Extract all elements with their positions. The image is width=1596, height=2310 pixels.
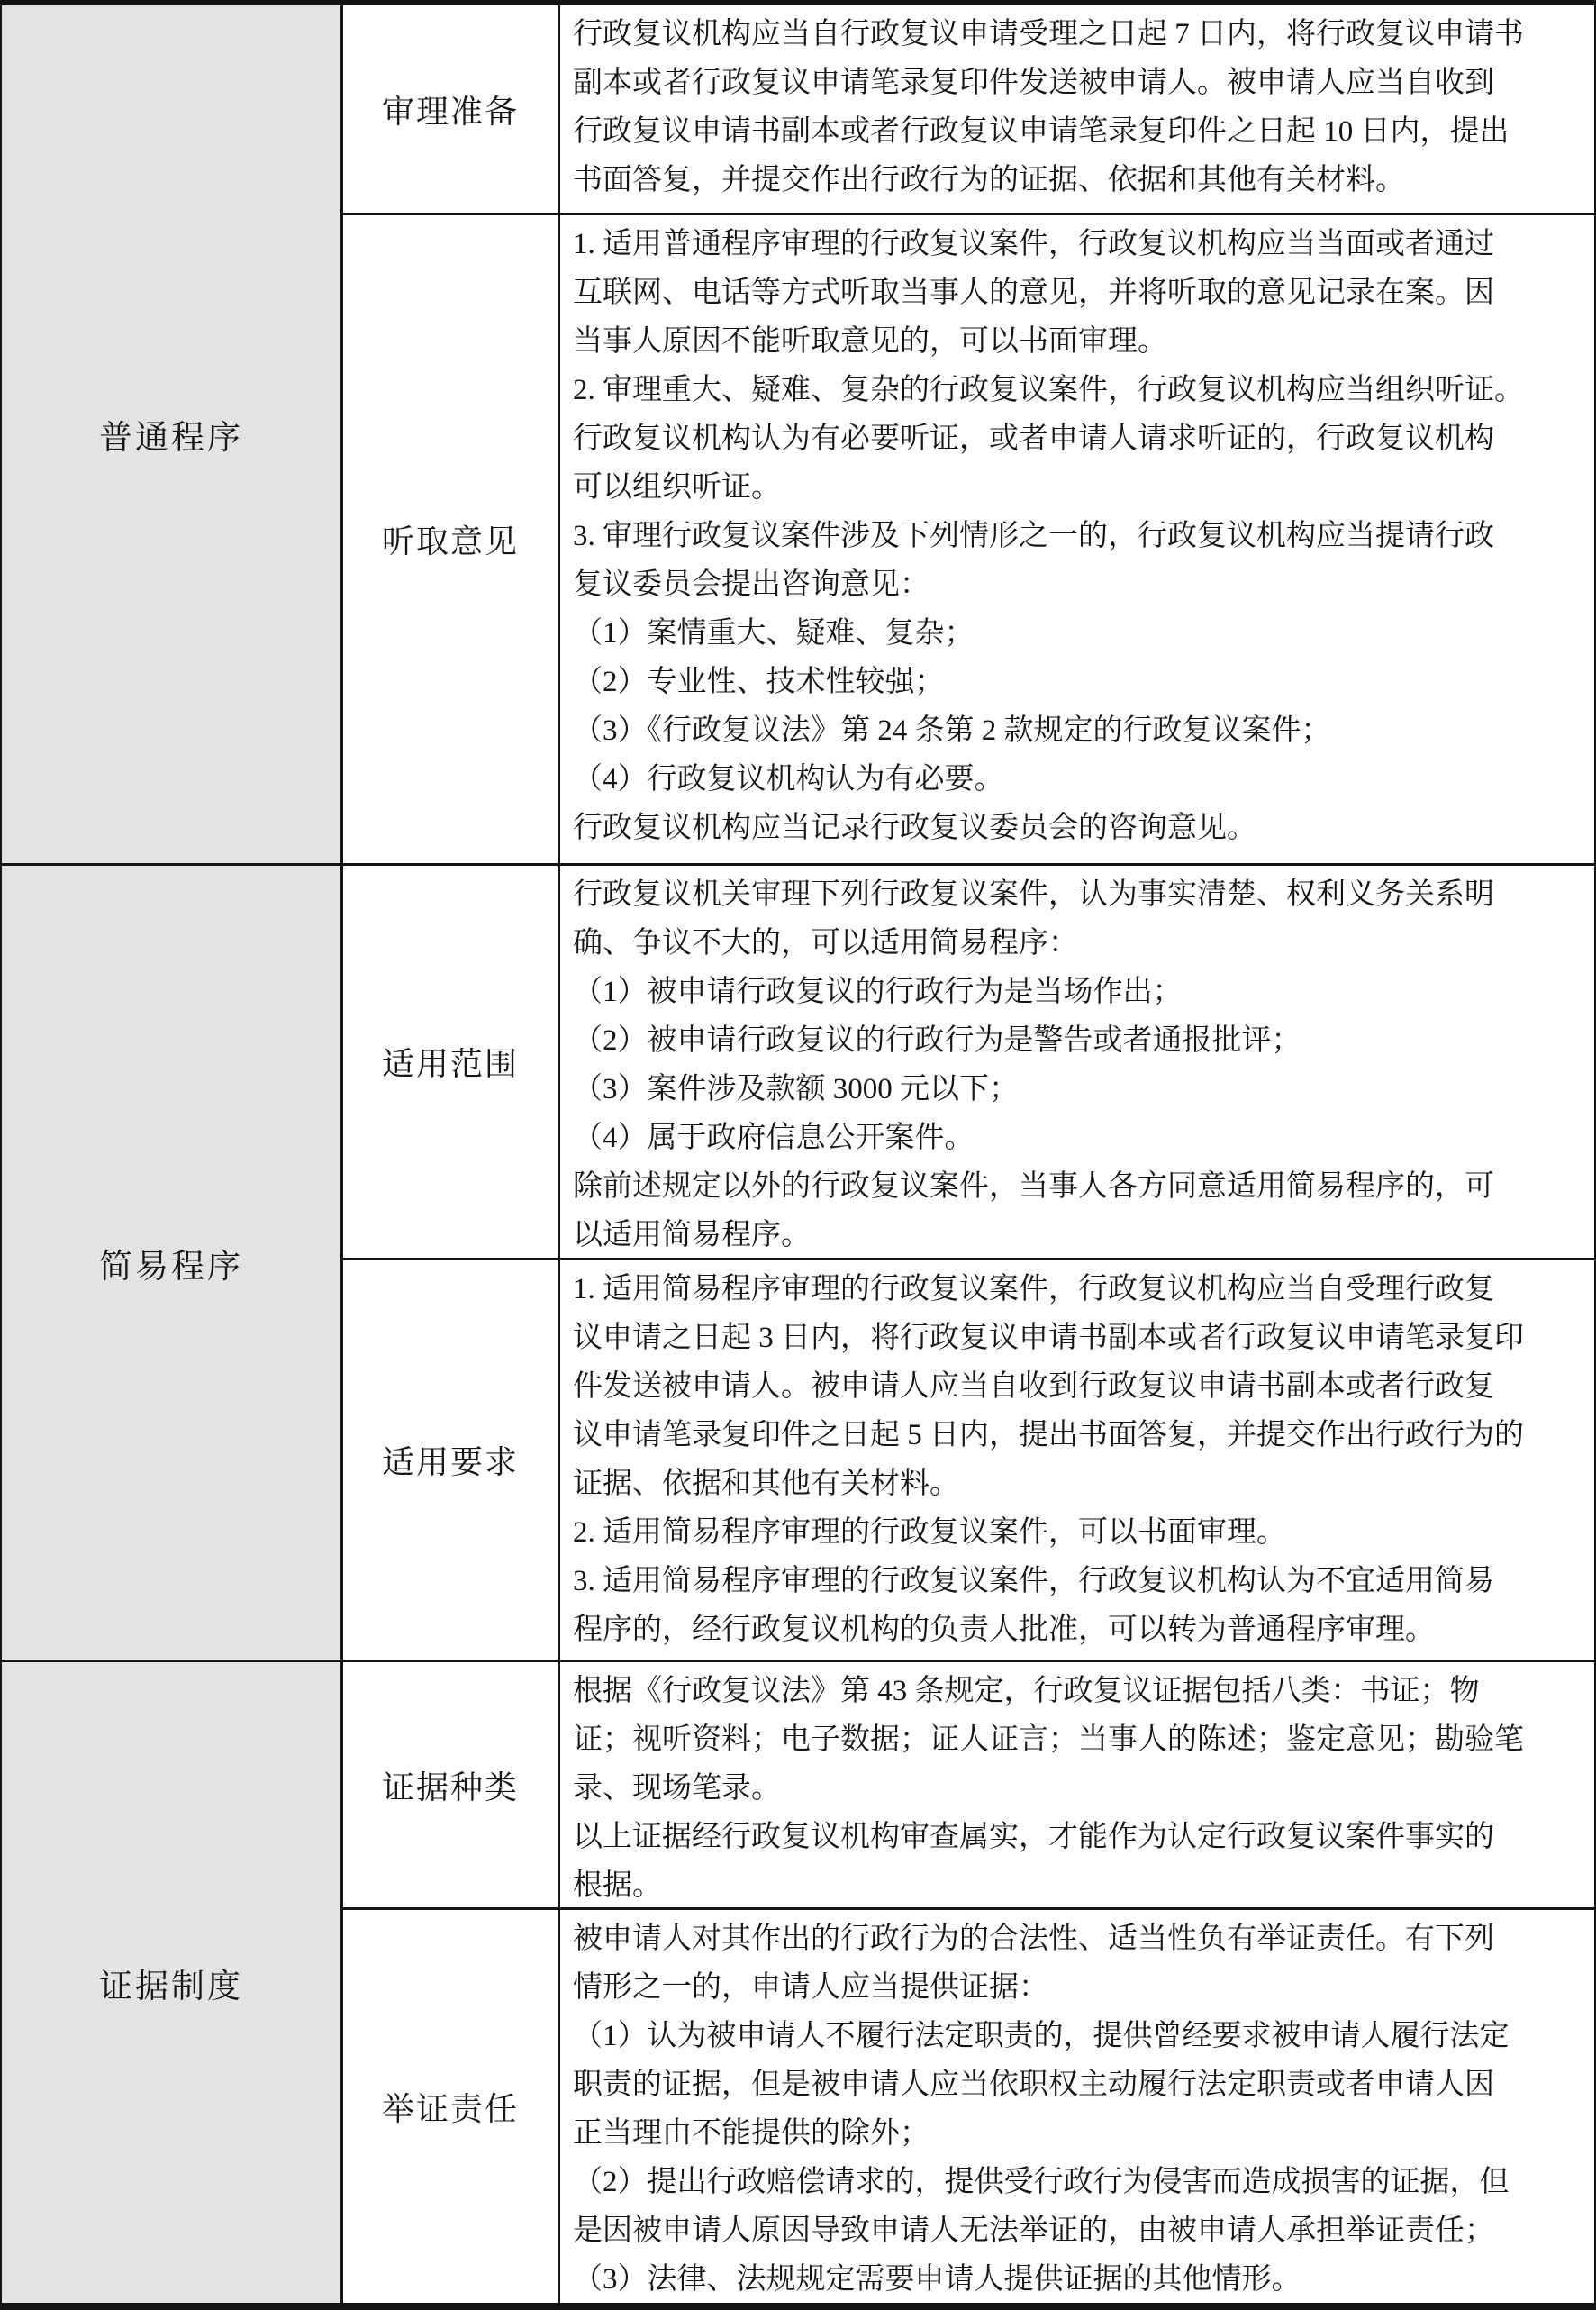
content-line: 程序的，经行政复议机构的负责人批准，可以转为普通程序审理。 xyxy=(573,1605,1587,1654)
content-line: 情形之一的，申请人应当提供证据： xyxy=(573,1963,1587,2012)
content-line: 职责的证据，但是被申请人应当依职权主动履行法定职责或者申请人因 xyxy=(573,2060,1587,2109)
content-line: （2）提出行政赔偿请求的，提供受行政行为侵害而造成损害的证据，但 xyxy=(573,2158,1587,2206)
content-line: 确、争议不大的，可以适用简易程序： xyxy=(573,919,1587,968)
content-line: 正当理由不能提供的除外； xyxy=(573,2109,1587,2158)
content-cell-application-requirements: 1. 适用简易程序审理的行政复议案件，行政复议机构应当自受理行政复议申请之日起 … xyxy=(560,1260,1594,1660)
content-line: 议申请笔录复印件之日起 5 日内，提出书面答复，并提交作出行政行为的 xyxy=(573,1411,1587,1460)
category-cell-summary-procedure: 简易程序 xyxy=(2,866,340,1660)
content-line: 3. 审理行政复议案件涉及下列情形之一的，行政复议机构应当提请行政 xyxy=(573,512,1587,560)
content-line: （1）被申请行政复议的行政行为是当场作出； xyxy=(573,968,1587,1016)
content-line: 1. 适用普通程序审理的行政复议案件，行政复议机构应当当面或者通过 xyxy=(573,220,1587,268)
content-line: 以适用简易程序。 xyxy=(573,1211,1587,1258)
content-line: 副本或者行政复议申请笔录复印件发送被申请人。被申请人应当自收到 xyxy=(573,59,1587,107)
content-line: （2）专业性、技术性较强； xyxy=(573,658,1587,706)
row-label-application-scope: 适用范围 xyxy=(343,866,558,1258)
content-cell-burden-of-proof: 被申请人对其作出的行政行为的合法性、适当性负有举证责任。有下列情形之一的，申请人… xyxy=(560,1910,1594,2303)
content-line: （3）法律、法规规定需要申请人提供证据的其他情形。 xyxy=(573,2255,1587,2303)
content-line: 复议委员会提出咨询意见： xyxy=(573,560,1587,609)
content-line: （1）案情重大、疑难、复杂； xyxy=(573,609,1587,658)
content-line: 行政复议机关审理下列行政复议案件，认为事实清楚、权利义务关系明 xyxy=(573,870,1587,919)
content-line: 行政复议机构应当自行政复议申请受理之日起 7 日内，将行政复议申请书 xyxy=(573,10,1587,59)
content-line: 件发送被申请人。被申请人应当自收到行政复议申请书副本或者行政复 xyxy=(573,1362,1587,1411)
content-line: 根据。 xyxy=(573,1861,1587,1907)
content-line: 2. 适用简易程序审理的行政复议案件，可以书面审理。 xyxy=(573,1508,1587,1557)
content-line: 除前述规定以外的行政复议案件，当事人各方同意适用简易程序的，可 xyxy=(573,1162,1587,1211)
content-line: 互联网、电话等方式听取当事人的意见，并将听取的意见记录在案。因 xyxy=(573,268,1587,317)
content-cell-hearing-opinions: 1. 适用普通程序审理的行政复议案件，行政复议机构应当当面或者通过互联网、电话等… xyxy=(560,215,1594,863)
category-cell-ordinary-procedure: 普通程序 xyxy=(2,5,340,863)
row-label-application-requirements: 适用要求 xyxy=(343,1260,558,1660)
content-cell-hearing-preparation: 行政复议机构应当自行政复议申请受理之日起 7 日内，将行政复议申请书副本或者行政… xyxy=(560,5,1594,213)
content-line: 可以组织听证。 xyxy=(573,463,1587,512)
row-label-hearing-preparation: 审理准备 xyxy=(343,5,558,213)
content-line: 2. 审理重大、疑难、复杂的行政复议案件，行政复议机构应当组织听证。 xyxy=(573,366,1587,414)
content-line: 1. 适用简易程序审理的行政复议案件，行政复议机构应当自受理行政复 xyxy=(573,1265,1587,1314)
content-line: （2）被申请行政复议的行政行为是警告或者通报批评； xyxy=(573,1016,1587,1065)
content-line: 行政复议申请书副本或者行政复议申请笔录复印件之日起 10 日内，提出 xyxy=(573,107,1587,156)
content-line: 证；视听资料；电子数据；证人证言；当事人的陈述；鉴定意见；勘验笔 xyxy=(573,1715,1587,1764)
content-line: 以上证据经行政复议机构审查属实，才能作为认定行政复议案件事实的 xyxy=(573,1813,1587,1861)
content-line: （1）认为被申请人不履行法定职责的，提供曾经要求被申请人履行法定 xyxy=(573,2012,1587,2060)
row-label-evidence-types: 证据种类 xyxy=(343,1662,558,1907)
row-label-burden-of-proof: 举证责任 xyxy=(343,1910,558,2303)
row-label-hearing-opinions: 听取意见 xyxy=(343,215,558,863)
review-procedure-table: 普通程序 简易程序 证据制度 审理准备 听取意见 适用范围 适用要求 证据种类 … xyxy=(0,0,1596,2310)
content-line: 书面答复，并提交作出行政行为的证据、依据和其他有关材料。 xyxy=(573,156,1587,205)
content-line: （4）属于政府信息公开案件。 xyxy=(573,1114,1587,1162)
content-line: 议申请之日起 3 日内，将行政复议申请书副本或者行政复议申请笔录复印 xyxy=(573,1314,1587,1362)
content-line: （3）案件涉及款额 3000 元以下； xyxy=(573,1065,1587,1114)
content-line: 录、现场笔录。 xyxy=(573,1764,1587,1813)
category-cell-evidence-system: 证据制度 xyxy=(2,1662,340,2303)
content-line: 当事人原因不能听取意见的，可以书面审理。 xyxy=(573,317,1587,366)
content-line: 是因被申请人原因导致申请人无法举证的，由被申请人承担举证责任； xyxy=(573,2206,1587,2255)
content-cell-evidence-types: 根据《行政复议法》第 43 条规定，行政复议证据包括八类：书证；物证；视听资料；… xyxy=(560,1662,1594,1907)
content-line: 行政复议机构应当记录行政复议委员会的咨询意见。 xyxy=(573,804,1587,852)
content-line: 被申请人对其作出的行政行为的合法性、适当性负有举证责任。有下列 xyxy=(573,1914,1587,1963)
content-cell-application-scope: 行政复议机关审理下列行政复议案件，认为事实清楚、权利义务关系明确、争议不大的，可… xyxy=(560,866,1594,1258)
content-line: 行政复议机构认为有必要听证，或者申请人请求听证的，行政复议机构 xyxy=(573,414,1587,463)
content-line: （4）行政复议机构认为有必要。 xyxy=(573,755,1587,804)
content-line: 根据《行政复议法》第 43 条规定，行政复议证据包括八类：书证；物 xyxy=(573,1667,1587,1715)
content-line: 证据、依据和其他有关材料。 xyxy=(573,1460,1587,1508)
content-line: 3. 适用简易程序审理的行政复议案件，行政复议机构认为不宜适用简易 xyxy=(573,1557,1587,1605)
content-line: （3）《行政复议法》第 24 条第 2 款规定的行政复议案件； xyxy=(573,706,1587,755)
